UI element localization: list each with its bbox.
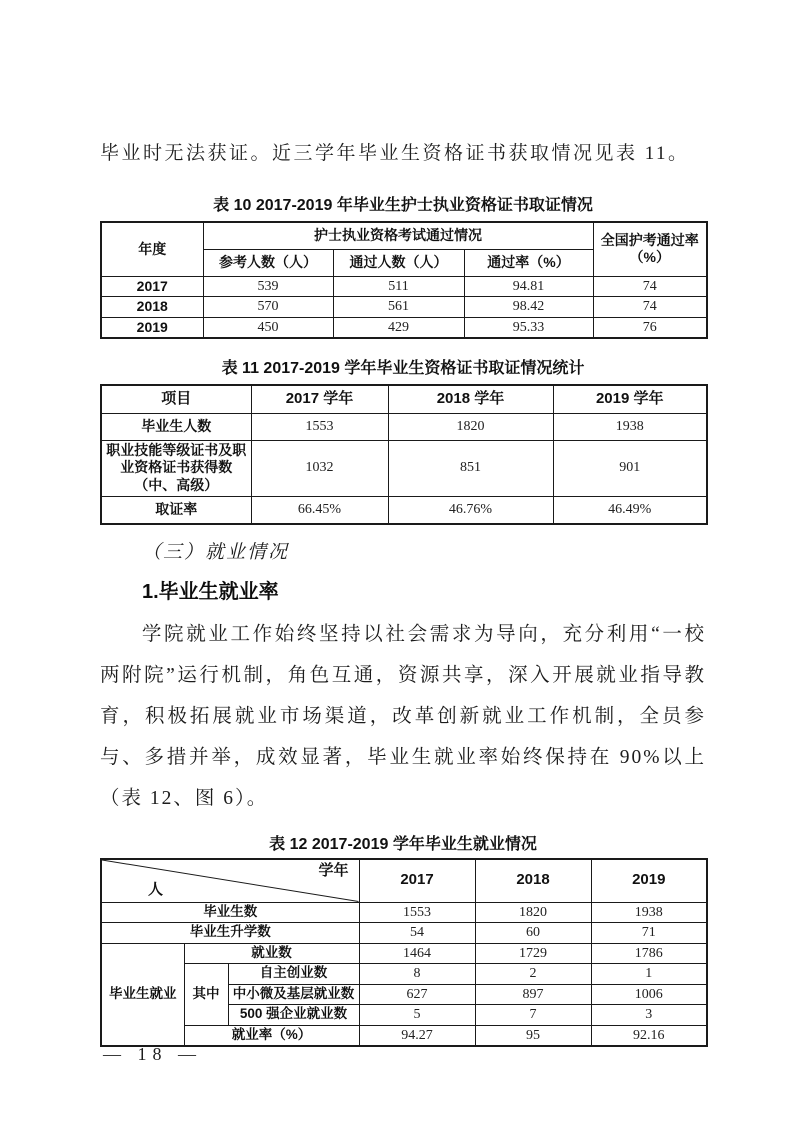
table-cell: 3 <box>591 1005 707 1026</box>
table11-row-label: 毕业生人数 <box>101 413 251 440</box>
table-row: 取证率 66.45% 46.76% 46.49% <box>101 496 707 524</box>
table-cell: 1820 <box>475 902 591 923</box>
table-cell: 71 <box>591 923 707 944</box>
table-row: 其中 自主创业数 8 2 1 <box>101 964 707 985</box>
table-cell: 539 <box>203 276 333 297</box>
table-row: 毕业生升学数 54 60 71 <box>101 923 707 944</box>
table11-header-row: 项目 2017 学年 2018 学年 2019 学年 <box>101 385 707 413</box>
page-content: 毕业时无法获证。近三学年毕业生资格证书获取情况见表 11。 表 10 2017-… <box>0 0 793 1047</box>
section-heading: （三）就业情况 <box>100 539 706 567</box>
table-cell: 7 <box>475 1005 591 1026</box>
table-cell: 1032 <box>251 440 388 496</box>
table-row: 2017 539 511 94.81 74 <box>101 276 707 297</box>
table-cell: 570 <box>203 297 333 318</box>
table10-subheader-pass-rate: 通过率（%） <box>464 249 593 276</box>
table11-header-2017: 2017 学年 <box>251 385 388 413</box>
page-number: — 18 — <box>103 1044 202 1065</box>
table-cell: 901 <box>553 440 707 496</box>
table12-header-2017: 2017 <box>359 859 475 902</box>
document-page: 毕业时无法获证。近三学年毕业生资格证书获取情况见表 11。 表 10 2017-… <box>0 0 793 1122</box>
table10-year-cell: 2017 <box>101 276 203 297</box>
table-cell: 429 <box>333 317 464 338</box>
table-row: 毕业生人数 1553 1820 1938 <box>101 413 707 440</box>
table-cell: 60 <box>475 923 591 944</box>
table-cell: 74 <box>593 276 707 297</box>
table-cell: 95.33 <box>464 317 593 338</box>
table-cell: 98.42 <box>464 297 593 318</box>
table10-national-rate-header-cell: 全国护考通过率 （%） <box>593 222 707 276</box>
table-cell: 627 <box>359 984 475 1005</box>
table-cell: 5 <box>359 1005 475 1026</box>
table10-year-cell: 2019 <box>101 317 203 338</box>
table-row: 毕业生数 1553 1820 1938 <box>101 902 707 923</box>
table12-row-label: 自主创业数 <box>228 964 359 985</box>
table-cell: 94.27 <box>359 1025 475 1046</box>
table-cell: 1 <box>591 964 707 985</box>
table-row: 2019 450 429 95.33 76 <box>101 317 707 338</box>
table12-caption: 表 12 2017-2019 学年毕业生就业情况 <box>100 831 706 854</box>
table11-row-label: 取证率 <box>101 496 251 524</box>
table10-caption: 表 10 2017-2019 年毕业生护士执业资格证书取证情况 <box>100 192 706 215</box>
table10-year-header-cell: 年度 <box>101 222 203 276</box>
table10-national-rate-line1: 全国护考通过率 <box>596 232 705 250</box>
subsection-heading: 1.毕业生就业率 <box>100 577 706 607</box>
table-cell: 74 <box>593 297 707 318</box>
table-row: 职业技能等级证书及职业资格证书获得数（中、高级） 1032 851 901 <box>101 440 707 496</box>
table12-header-row: 学年 人 2017 2018 2019 <box>101 859 707 902</box>
table10-subheader-candidates: 参考人数（人） <box>203 249 333 276</box>
table-cell: 450 <box>203 317 333 338</box>
table11-header-2019: 2019 学年 <box>553 385 707 413</box>
table12: 学年 人 2017 2018 2019 毕业生数 1553 1820 1938 … <box>100 858 708 1047</box>
table-cell: 54 <box>359 923 475 944</box>
table12-row-label: 毕业生数 <box>101 902 359 923</box>
table10: 年度 护士执业资格考试通过情况 全国护考通过率 （%） 参考人数（人） 通过人数… <box>100 221 708 339</box>
table12-diagonal-header-cell: 学年 人 <box>101 859 359 902</box>
table-cell: 1938 <box>591 902 707 923</box>
table12-corner-label-people: 人 <box>148 881 163 900</box>
table12-row-label: 中小微及基层就业数 <box>228 984 359 1005</box>
table12-header-2019: 2019 <box>591 859 707 902</box>
table12-corner-label-year: 学年 <box>318 862 348 881</box>
table-cell: 1938 <box>553 413 707 440</box>
table12-row-label: 就业率（%） <box>184 1025 359 1046</box>
table12-group-label-employment: 毕业生就业 <box>101 943 184 1046</box>
table-cell: 46.76% <box>388 496 553 524</box>
table-cell: 95 <box>475 1025 591 1046</box>
table12-row-label: 就业数 <box>184 943 359 964</box>
table-cell: 561 <box>333 297 464 318</box>
table-cell: 511 <box>333 276 464 297</box>
table-cell: 851 <box>388 440 553 496</box>
table12-subgroup-label-including: 其中 <box>184 964 228 1026</box>
table-row: 2018 570 561 98.42 74 <box>101 297 707 318</box>
table12-row-label: 毕业生升学数 <box>101 923 359 944</box>
table-cell: 897 <box>475 984 591 1005</box>
table11-header-item: 项目 <box>101 385 251 413</box>
table11-header-2018: 2018 学年 <box>388 385 553 413</box>
table11-caption: 表 11 2017-2019 学年毕业生资格证书取证情况统计 <box>100 355 706 378</box>
table11-row-label: 职业技能等级证书及职业资格证书获得数（中、高级） <box>101 440 251 496</box>
intro-text: 毕业时无法获证。近三学年毕业生资格证书获取情况见表 11。 <box>100 140 706 168</box>
table10-header-row-1: 年度 护士执业资格考试通过情况 全国护考通过率 （%） <box>101 222 707 249</box>
table10-national-rate-line2: （%） <box>596 249 705 267</box>
table-cell: 46.49% <box>553 496 707 524</box>
table10-group-header-cell: 护士执业资格考试通过情况 <box>203 222 593 249</box>
table-cell: 66.45% <box>251 496 388 524</box>
table-cell: 1820 <box>388 413 553 440</box>
table-cell: 1729 <box>475 943 591 964</box>
body-paragraph: 学院就业工作始终坚持以社会需求为导向，充分利用“一校两附院”运行机制，角色互通，… <box>100 614 706 819</box>
table-cell: 94.81 <box>464 276 593 297</box>
table-cell: 76 <box>593 317 707 338</box>
table10-subheader-passed: 通过人数（人） <box>333 249 464 276</box>
table12-header-2018: 2018 <box>475 859 591 902</box>
table10-year-cell: 2018 <box>101 297 203 318</box>
table-cell: 1553 <box>251 413 388 440</box>
table-row: 就业率（%） 94.27 95 92.16 <box>101 1025 707 1046</box>
table-cell: 8 <box>359 964 475 985</box>
table-cell: 1006 <box>591 984 707 1005</box>
table-cell: 1464 <box>359 943 475 964</box>
table-row: 毕业生就业 就业数 1464 1729 1786 <box>101 943 707 964</box>
table-cell: 1786 <box>591 943 707 964</box>
table12-row-label: 500 强企业就业数 <box>228 1005 359 1026</box>
table11: 项目 2017 学年 2018 学年 2019 学年 毕业生人数 1553 18… <box>100 384 708 525</box>
table-cell: 1553 <box>359 902 475 923</box>
table-cell: 2 <box>475 964 591 985</box>
table-cell: 92.16 <box>591 1025 707 1046</box>
